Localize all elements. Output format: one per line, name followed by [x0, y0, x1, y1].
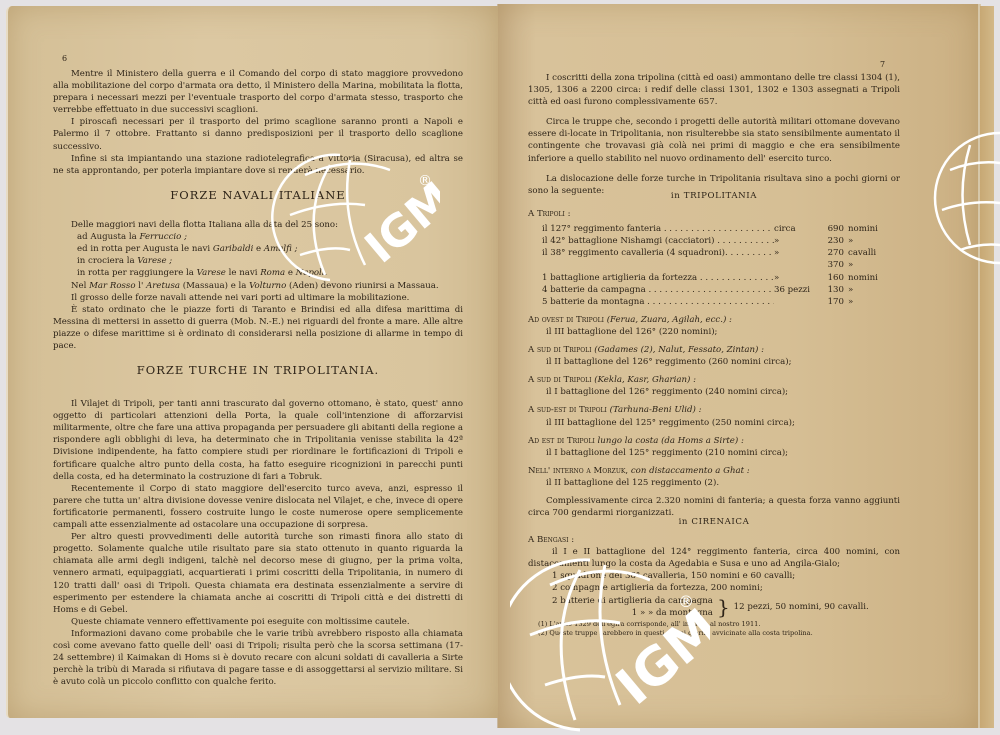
paragraph: Nel Mar Rosso l' Aretusa (Massaua) e la … — [53, 280, 463, 292]
scanned-document: 6 Mentre il Ministero della guerra e il … — [0, 0, 1000, 735]
unit-measure: » — [844, 235, 900, 247]
unit-line: 1 » » da montagna — [552, 607, 713, 619]
location-heading: A sud di Tripoli (Kekla, Kasr, Gharian) … — [528, 374, 900, 386]
unit-name: il 38° reggimento cavalleria (4 squadron… — [542, 247, 774, 259]
unit-row: 1 battaglione artiglieria da fortezza . … — [542, 272, 900, 284]
unit-measure: nomini — [844, 223, 900, 235]
unit-qualifier — [774, 296, 814, 308]
paragraph: I piroscafi necessari per il trasporto d… — [53, 116, 463, 152]
location-label: A Bengasi : — [528, 534, 900, 546]
paragraph: I coscritti della zona tripolina (città … — [528, 72, 900, 108]
tripoli-units-table: il 127° reggimento fanteria . . . . . . … — [528, 223, 900, 308]
unit-value: 130 — [814, 284, 844, 296]
unit-value: 270 — [814, 247, 844, 259]
unit-line: il I e II battaglione del 124° reggiment… — [528, 546, 900, 570]
location-entry: A sud di Tripoli (Gadames (2), Nalut, Fe… — [528, 344, 900, 368]
paragraph: Recentemente il Corpo di stato maggiore … — [53, 483, 463, 531]
unit-qualifier: circa — [774, 223, 814, 235]
unit-qualifier: » — [774, 247, 814, 259]
location-units: il II battaglione del 125 reggimento (2)… — [528, 477, 900, 489]
naval-line: in crociera la Varese ; — [53, 255, 463, 267]
section-title: FORZE NAVALI ITALIANE — [53, 189, 463, 201]
location-units: il II battaglione del 126° reggimento (2… — [528, 356, 900, 368]
location-label: A Tripoli : — [528, 208, 900, 220]
location-entry: A sud di Tripoli (Kekla, Kasr, Gharian) … — [528, 374, 900, 398]
section-title: FORZE TURCHE IN TRIPOLITANIA. — [53, 364, 463, 376]
unit-name: il 42° battaglione Nishamgi (cacciatori)… — [542, 235, 774, 247]
paragraph: Mentre il Ministero della guerra e il Co… — [53, 68, 463, 116]
unit-row: 5 batterie da montagna . . . . . . . . .… — [542, 296, 900, 308]
unit-value: 370 — [814, 259, 844, 271]
unit-measure: nomini — [844, 272, 900, 284]
location-units: il III battaglione del 125° reggimento (… — [528, 417, 900, 429]
location-units: il I battaglione del 126° reggimento (24… — [528, 386, 900, 398]
unit-name: 4 batterie da campagna . . . . . . . . .… — [542, 284, 774, 296]
battery-group: 2 batterie di artiglieria da campagna 1 … — [528, 595, 900, 619]
cirenaica-section: in CIRENAICA A Bengasi : il I e II batta… — [528, 516, 900, 619]
unit-line: 2 batterie di artiglieria da campagna — [552, 595, 713, 607]
right-intro: I coscritti della zona tripolina (città … — [528, 72, 900, 197]
naval-line: in rotta per raggiungere la Varese le na… — [53, 267, 463, 279]
tripolitania-section: in TRIPOLITANIA A Tripoli : il 127° regg… — [528, 190, 900, 519]
naval-line: ad Augusta la Ferruccio ; — [53, 231, 463, 243]
intro-section: Mentre il Ministero della guerra e il Co… — [53, 68, 463, 177]
page-number: 6 — [62, 54, 67, 63]
location-heading: Ad ovest di Tripoli (Ferua, Zuara, Agila… — [528, 314, 900, 326]
brace: } — [713, 597, 734, 617]
unit-value: 230 — [814, 235, 844, 247]
unit-value: 170 — [814, 296, 844, 308]
location-heading: A sud-est di Tripoli (Tarhuna-Beni Ulid)… — [528, 404, 900, 416]
naval-line: ed in rotta per Augusta le navi Garibald… — [53, 243, 463, 255]
locations-list: Ad ovest di Tripoli (Ferua, Zuara, Agila… — [528, 314, 900, 489]
unit-qualifier: » — [774, 235, 814, 247]
paragraph: Informazioni davano come probabile che l… — [53, 628, 463, 688]
naval-line: Delle maggiori navi della flotta Italian… — [53, 219, 463, 231]
unit-row: il 127° reggimento fanteria . . . . . . … — [542, 223, 900, 235]
unit-value: 160 — [814, 272, 844, 284]
location-heading: Nell' interno a Morzuk, con distaccament… — [528, 465, 900, 477]
paragraph: Il grosso delle forze navali attende nei… — [53, 292, 463, 304]
section-heading: in CIRENAICA — [528, 516, 900, 528]
location-entry: A sud-est di Tripoli (Tarhuna-Beni Ulid)… — [528, 404, 900, 428]
unit-row: il 38° reggimento cavalleria (4 squadron… — [542, 247, 900, 259]
location-entry: Ad ovest di Tripoli (Ferua, Zuara, Agila… — [528, 314, 900, 338]
location-heading: A sud di Tripoli (Gadames (2), Nalut, Fe… — [528, 344, 900, 356]
unit-line: 2 compagnie artiglieria da fortezza, 200… — [528, 582, 900, 594]
unit-measure: » — [844, 284, 900, 296]
paragraph: È stato ordinato che le piazze forti di … — [53, 304, 463, 352]
unit-measure: » — [844, 296, 900, 308]
unit-name: il 127° reggimento fanteria . . . . . . … — [542, 223, 774, 235]
location-units: il I battaglione del 125° reggimento (21… — [528, 447, 900, 459]
unit-measure: » — [844, 259, 900, 271]
unit-measure: cavalli — [844, 247, 900, 259]
turkish-section: FORZE TURCHE IN TRIPOLITANIA. Il Vilajet… — [53, 364, 463, 688]
unit-qualifier — [774, 259, 814, 271]
right-page: 7 I coscritti della zona tripolina (citt… — [498, 4, 981, 728]
unit-name: 1 battaglione artiglieria da fortezza . … — [542, 272, 774, 284]
section-heading: in TRIPOLITANIA — [528, 190, 900, 202]
left-page: 6 Mentre il Ministero della guerra e il … — [6, 6, 500, 718]
unit-value: 690 — [814, 223, 844, 235]
location-entry: Nell' interno a Morzuk, con distaccament… — [528, 465, 900, 489]
footnote: (1) L'anno 1329 dell'egira corrisponde, … — [538, 620, 910, 629]
unit-name — [542, 259, 774, 271]
location-entry: Ad est di Tripoli lungo la costa (da Hom… — [528, 435, 900, 459]
unit-qualifier: 36 pezzi — [774, 284, 814, 296]
unit-line: 1 squadrone del 38° cavalleria, 150 nomi… — [528, 570, 900, 582]
unit-row: 370» — [542, 259, 900, 271]
location-units: il III battaglione del 126° (220 nomini)… — [528, 326, 900, 338]
paragraph: Per altro questi provvedimenti delle aut… — [53, 531, 463, 616]
unit-qualifier: » — [774, 272, 814, 284]
unit-row: 4 batterie da campagna . . . . . . . . .… — [542, 284, 900, 296]
naval-section: FORZE NAVALI ITALIANE Delle maggiori nav… — [53, 189, 463, 352]
paragraph: Infine si sta impiantando una stazione r… — [53, 153, 463, 177]
unit-row: il 42° battaglione Nishamgi (cacciatori)… — [542, 235, 900, 247]
page-number: 7 — [880, 60, 885, 69]
paragraph: Il Vilajet di Tripoli, per tanti anni tr… — [53, 398, 463, 483]
unit-name: 5 batterie da montagna . . . . . . . . .… — [542, 296, 774, 308]
footnote: (2) Queste truppe sarebbero in questi ul… — [538, 629, 910, 638]
battery-total: 12 pezzi, 50 nomini, 90 cavalli. — [734, 601, 869, 613]
paragraph: Circa le truppe che, secondo i progetti … — [528, 116, 900, 164]
footnotes: (1) L'anno 1329 dell'egira corrisponde, … — [538, 620, 910, 638]
location-heading: Ad est di Tripoli lungo la costa (da Hom… — [528, 435, 900, 447]
paragraph: Queste chiamate vennero effettivamente p… — [53, 616, 463, 628]
